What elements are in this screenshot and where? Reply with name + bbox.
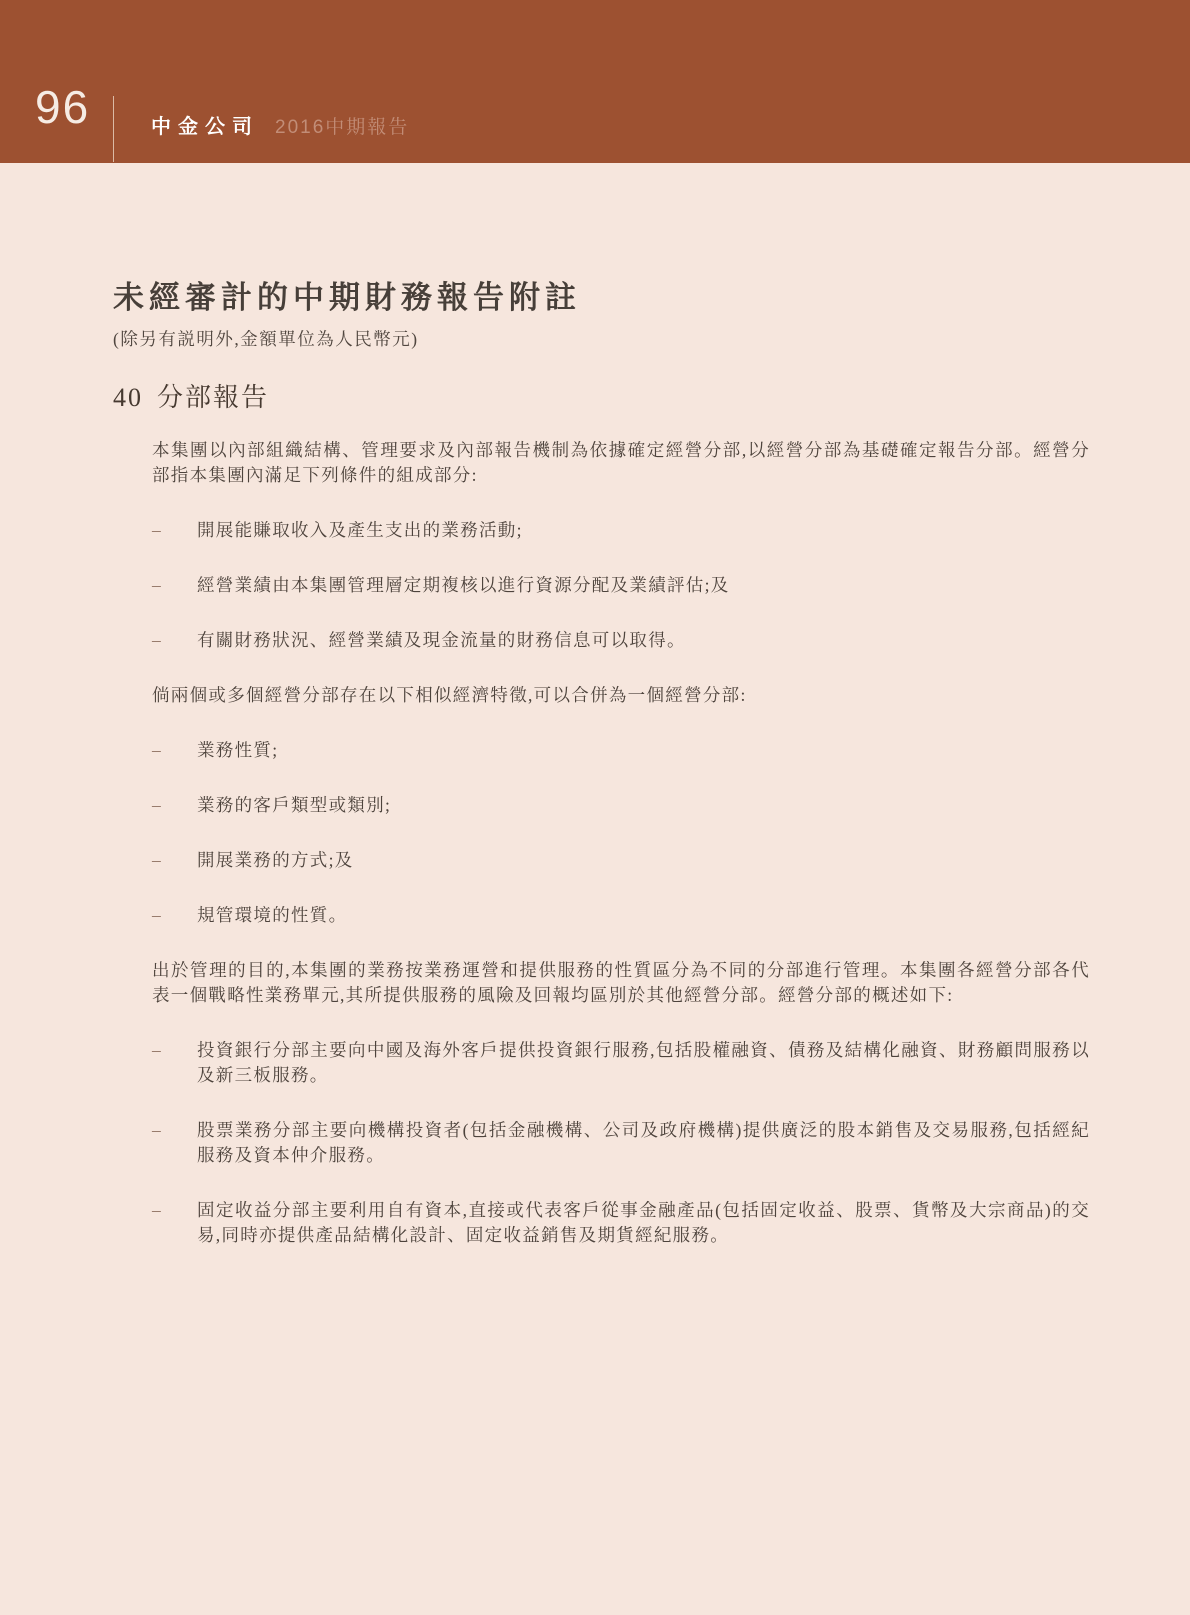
bullet-item: – 經營業績由本集團管理層定期複核以進行資源分配及業績評估;及 [152, 573, 1090, 598]
dash-marker: – [152, 573, 197, 598]
bullet-text: 經營業績由本集團管理層定期複核以進行資源分配及業績評估;及 [197, 573, 1090, 598]
bullet-text: 規管環境的性質。 [197, 903, 1090, 928]
document-page: 未經審計的中期財務報告附註 (除另有説明外,金額單位為人民幣元) 40 分部報告… [0, 163, 1190, 1248]
header-band: 96 中金公司 2016中期報告 [0, 0, 1190, 163]
dash-marker: – [152, 1198, 197, 1248]
dash-marker: – [152, 1118, 197, 1168]
dash-marker: – [152, 738, 197, 763]
section-number: 40 [113, 383, 143, 413]
bullet-item: – 規管環境的性質。 [152, 903, 1090, 928]
bullet-text: 業務的客戶類型或類別; [197, 793, 1090, 818]
bullet-text: 有關財務狀況、經營業績及現金流量的財務信息可以取得。 [197, 628, 1090, 653]
header-divider [113, 96, 114, 162]
bullet-item: – 開展能賺取收入及產生支出的業務活動; [152, 518, 1090, 543]
paragraph: 倘兩個或多個經營分部存在以下相似經濟特徵,可以合併為一個經營分部: [152, 683, 1090, 708]
paragraph: 本集團以內部組織結構、管理要求及內部報告機制為依據確定經營分部,以經營分部為基礎… [152, 438, 1090, 488]
dash-marker: – [152, 903, 197, 928]
dash-marker: – [152, 1038, 197, 1088]
bullet-text: 開展能賺取收入及產生支出的業務活動; [197, 518, 1090, 543]
dash-marker: – [152, 628, 197, 653]
bullet-text: 業務性質; [197, 738, 1090, 763]
bullet-item: – 業務性質; [152, 738, 1090, 763]
page-number: 96 [35, 84, 90, 130]
bullet-text: 開展業務的方式;及 [197, 848, 1090, 873]
bullet-item: – 固定收益分部主要利用自有資本,直接或代表客戶從事金融產品(包括固定收益、股票… [152, 1198, 1090, 1248]
bullet-item: – 業務的客戶類型或類別; [152, 793, 1090, 818]
document-subtitle: (除另有説明外,金額單位為人民幣元) [113, 326, 1190, 351]
header-title-group: 中金公司 2016中期報告 [151, 110, 409, 139]
report-name: 2016中期報告 [275, 112, 409, 139]
dash-marker: – [152, 793, 197, 818]
dash-marker: – [152, 518, 197, 543]
section-title: 分部報告 [157, 377, 269, 414]
bullet-text: 固定收益分部主要利用自有資本,直接或代表客戶從事金融產品(包括固定收益、股票、貨… [197, 1198, 1090, 1248]
bullet-text: 股票業務分部主要向機構投資者(包括金融機構、公司及政府機構)提供廣泛的股本銷售及… [197, 1118, 1090, 1168]
paragraph: 出於管理的目的,本集團的業務按業務運營和提供服務的性質區分為不同的分部進行管理。… [152, 958, 1090, 1008]
section-heading: 40 分部報告 [113, 377, 1190, 414]
company-name: 中金公司 [151, 110, 259, 139]
bullet-text: 投資銀行分部主要向中國及海外客戶提供投資銀行服務,包括股權融資、債務及結構化融資… [197, 1038, 1090, 1088]
bullet-item: – 有關財務狀況、經營業績及現金流量的財務信息可以取得。 [152, 628, 1090, 653]
dash-marker: – [152, 848, 197, 873]
document-title: 未經審計的中期財務報告附註 [113, 163, 1190, 318]
section-body: 本集團以內部組織結構、管理要求及內部報告機制為依據確定經營分部,以經營分部為基礎… [152, 438, 1090, 1248]
bullet-item: – 開展業務的方式;及 [152, 848, 1090, 873]
bullet-item: – 股票業務分部主要向機構投資者(包括金融機構、公司及政府機構)提供廣泛的股本銷… [152, 1118, 1090, 1168]
bullet-item: – 投資銀行分部主要向中國及海外客戶提供投資銀行服務,包括股權融資、債務及結構化… [152, 1038, 1090, 1088]
